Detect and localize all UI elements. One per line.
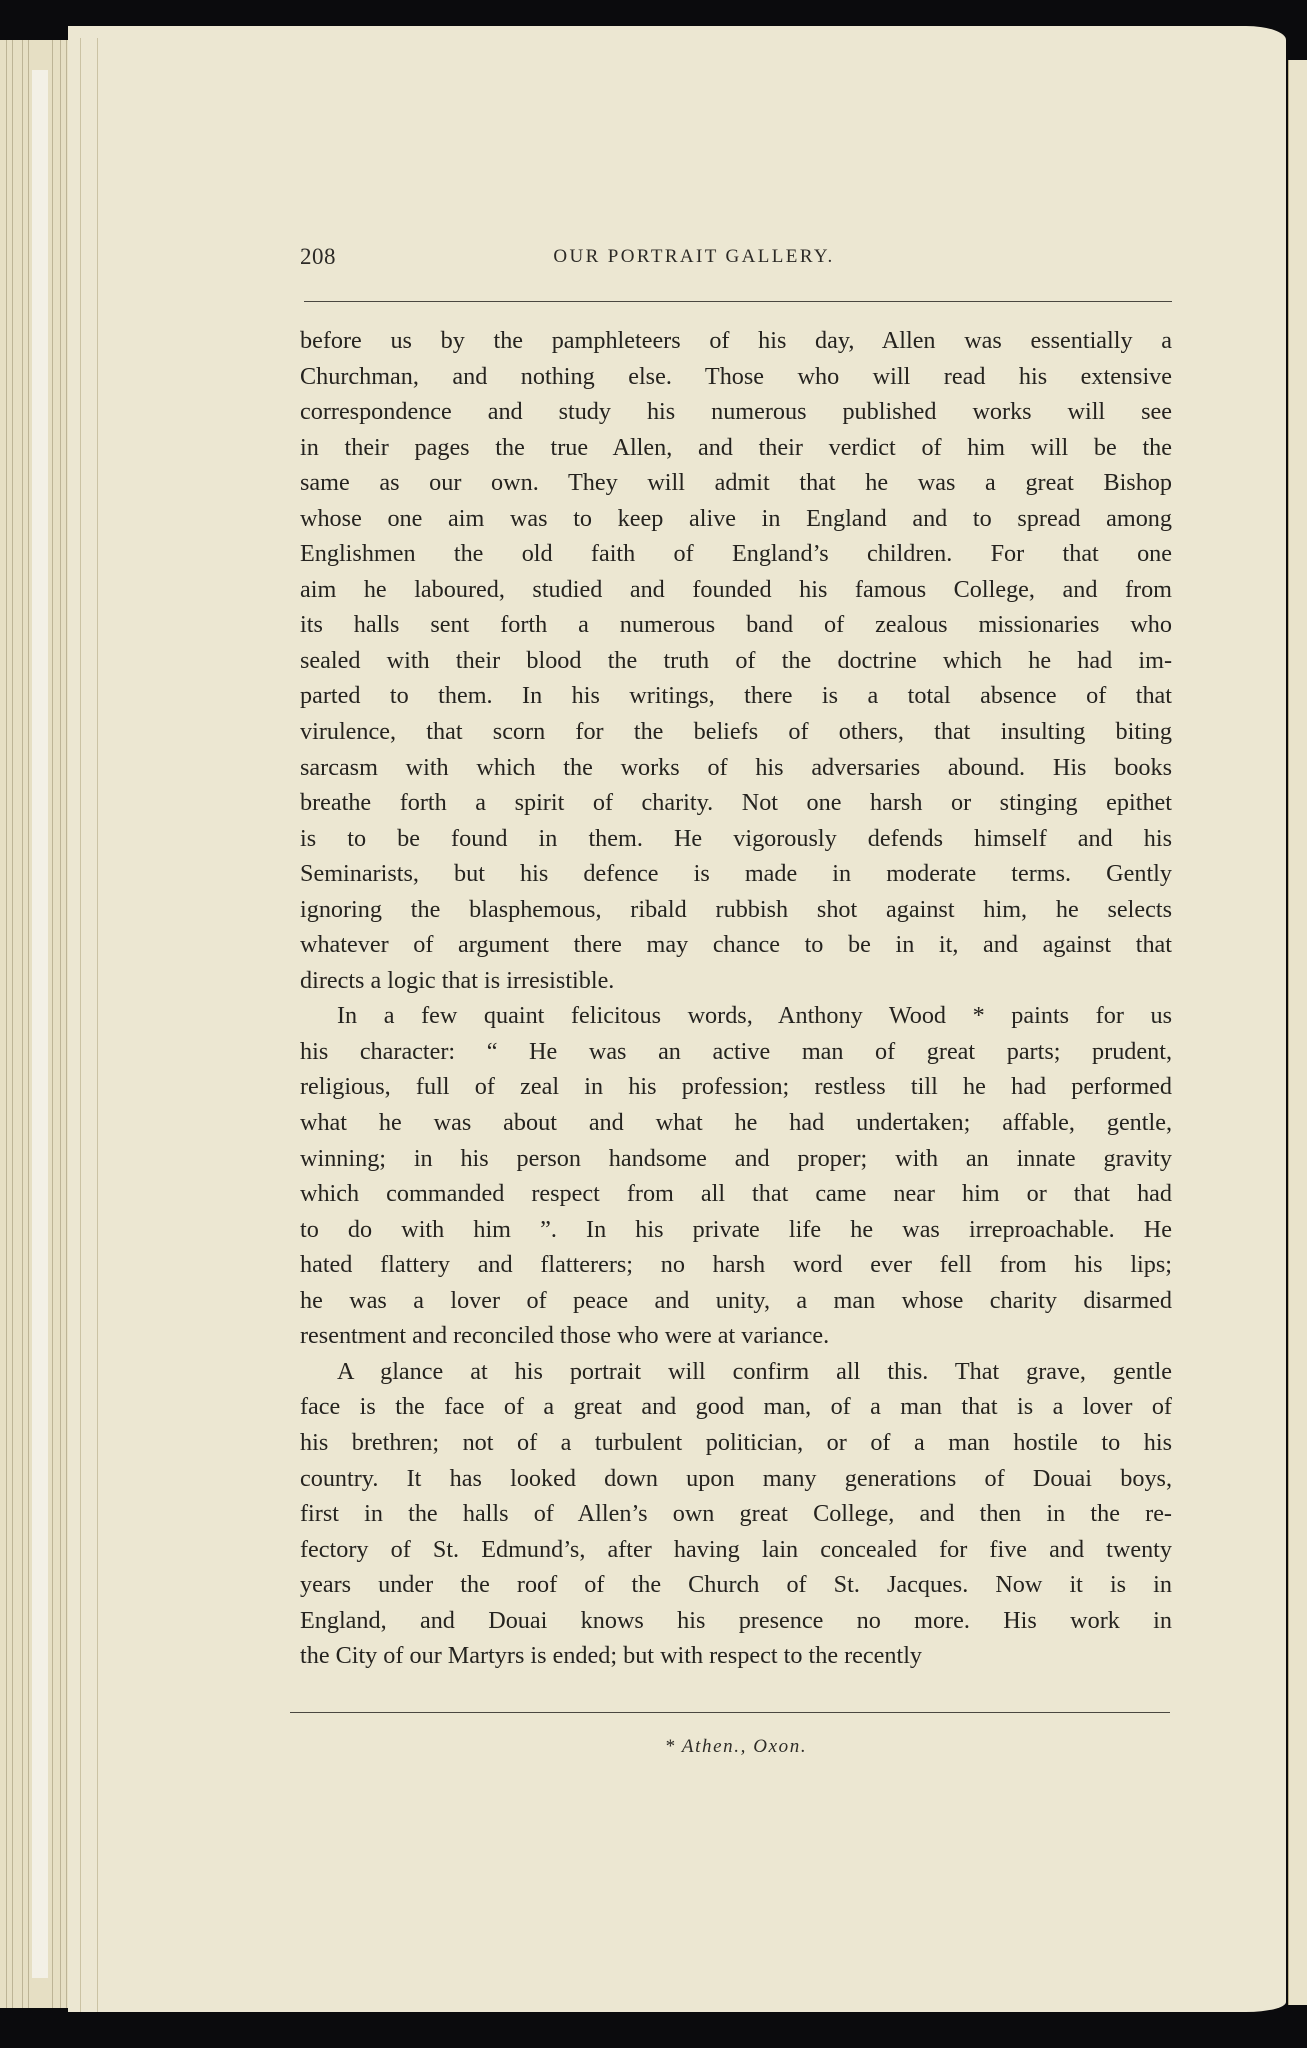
text-line: country. It has looked down upon many ge… <box>300 1461 1172 1497</box>
text-line: before us by the pamphleteers of his day… <box>300 323 1172 359</box>
text-line: ignoring the blasphemous, ribald rubbish… <box>300 892 1172 928</box>
text-line: face is the face of a great and good man… <box>300 1389 1172 1425</box>
text-line: whose one aim was to keep alive in Engla… <box>300 501 1172 537</box>
text-line: whatever of argument there may chance to… <box>300 927 1172 963</box>
paragraph: In a few quaint felicitous words, Anthon… <box>300 998 1172 1353</box>
text-line: he was a lover of peace and unity, a man… <box>300 1283 1172 1319</box>
text-line: fectory of St. Edmund’s, after having la… <box>300 1532 1172 1568</box>
footnote: * Athen., Oxon. <box>300 1736 1172 1758</box>
text-line: Seminarists, but his defence is made in … <box>300 856 1172 892</box>
text-line: correspondence and study his numerous pu… <box>300 394 1172 430</box>
text-line: winning; in his person handsome and prop… <box>300 1141 1172 1177</box>
paragraph: before us by the pamphleteers of his day… <box>300 323 1172 998</box>
text-line: parted to them. In his writings, there i… <box>300 678 1172 714</box>
text-line: hated flattery and flatterers; no harsh … <box>300 1247 1172 1283</box>
text-line: years under the roof of the Church of St… <box>300 1567 1172 1603</box>
text-line: virulence, that scorn for the beliefs of… <box>300 714 1172 750</box>
text-line: resentment and reconciled those who were… <box>300 1318 1172 1354</box>
text-line: to do with him ”. In his private life he… <box>300 1212 1172 1248</box>
text-line: sarcasm with which the works of his adve… <box>300 750 1172 786</box>
text-line: what he was about and what he had undert… <box>300 1105 1172 1141</box>
running-title: OUR PORTRAIT GALLERY. <box>300 246 1172 268</box>
text-line: the City of our Martyrs is ended; but wi… <box>300 1638 1172 1674</box>
facing-page-edge <box>1288 60 1307 2005</box>
text-line: directs a logic that is irresistible. <box>300 963 1172 999</box>
text-line: Churchman, and nothing else. Those who w… <box>300 359 1172 395</box>
text-line: sealed with their blood the truth of the… <box>300 643 1172 679</box>
text-line: which commanded respect from all that ca… <box>300 1176 1172 1212</box>
text-line: aim he laboured, studied and founded his… <box>300 572 1172 608</box>
text-line: In a few quaint felicitous words, Anthon… <box>300 998 1172 1034</box>
text-line: first in the halls of Allen’s own great … <box>300 1496 1172 1532</box>
text-line: Englishmen the old faith of England’s ch… <box>300 536 1172 572</box>
text-line: is to be found in them. He vigorously de… <box>300 821 1172 857</box>
text-line: same as our own. They will admit that he… <box>300 465 1172 501</box>
text-line: his character: “ He was an active man of… <box>300 1034 1172 1070</box>
text-line: its halls sent forth a numerous band of … <box>300 607 1172 643</box>
text-line: breathe forth a spirit of charity. Not o… <box>300 785 1172 821</box>
body-text: before us by the pamphleteers of his day… <box>300 323 1172 1674</box>
text-line: England, and Douai knows his presence no… <box>300 1603 1172 1639</box>
text-line: in their pages the true Allen, and their… <box>300 430 1172 466</box>
running-head: 208 OUR PORTRAIT GALLERY. <box>300 244 1172 274</box>
text-line: religious, full of zeal in his professio… <box>300 1069 1172 1105</box>
text-line: A glance at his portrait will confirm al… <box>300 1354 1172 1390</box>
paragraph: A glance at his portrait will confirm al… <box>300 1354 1172 1674</box>
header-rule <box>304 301 1172 302</box>
text-line: his brethren; not of a turbulent politic… <box>300 1425 1172 1461</box>
footnote-rule <box>290 1712 1170 1713</box>
